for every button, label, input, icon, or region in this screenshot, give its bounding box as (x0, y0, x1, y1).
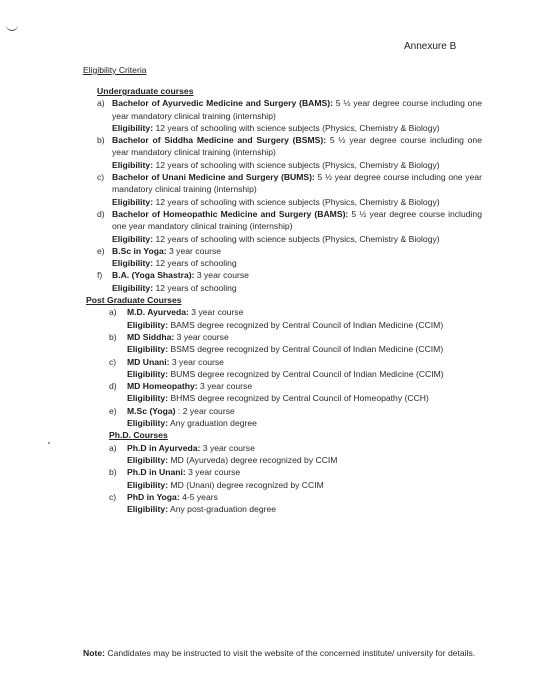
item-label: e) (97, 245, 112, 270)
item-label: a) (109, 306, 127, 331)
course-name: B.A. (Yoga Shastra): (112, 270, 194, 280)
course-item: e)B.Sc in Yoga: 3 year courseEligibility… (97, 245, 482, 270)
eligibility-text: BUMS degree recognized by Central Counci… (168, 369, 444, 379)
course-name: MD Homeopathy: (127, 381, 198, 391)
course-line: Ph.D in Unani: 3 year course (127, 466, 482, 478)
course-line: Bachelor of Siddha Medicine and Surgery … (112, 134, 482, 159)
eligibility-label: Eligibility: (127, 393, 168, 403)
course-line: M.Sc (Yoga) : 2 year course (127, 405, 482, 417)
course-line: Bachelor of Ayurvedic Medicine and Surge… (112, 97, 482, 122)
course-line: B.A. (Yoga Shastra): 3 year course (112, 269, 482, 281)
course-item: e)M.Sc (Yoga) : 2 year courseEligibility… (109, 405, 482, 430)
course-line: Bachelor of Unani Medicine and Surgery (… (112, 171, 482, 196)
eligibility-label: Eligibility: (112, 197, 153, 207)
course-item: a)Bachelor of Ayurvedic Medicine and Sur… (97, 97, 482, 134)
note: Note: Candidates may be instructed to vi… (83, 647, 483, 659)
eligibility-text: 12 years of schooling with science subje… (153, 197, 440, 207)
course-name: Bachelor of Homeopathic Medicine and Sur… (112, 209, 348, 219)
course-body: B.Sc in Yoga: 3 year courseEligibility: … (112, 245, 482, 270)
course-duration: 3 year course (167, 246, 221, 256)
course-line: PhD in Yoga: 4-5 years (127, 491, 482, 503)
course-item: a)M.D. Ayurveda: 3 year courseEligibilit… (109, 306, 482, 331)
eligibility-text: BAMS degree recognized by Central Counci… (168, 320, 443, 330)
item-label: e) (109, 405, 127, 430)
eligibility-line: Eligibility: Any post-graduation degree (127, 503, 482, 515)
course-item: c)MD Unani: 3 year courseEligibility: BU… (109, 356, 482, 381)
course-line: MD Unani: 3 year course (127, 356, 482, 368)
course-body: Bachelor of Unani Medicine and Surgery (… (112, 171, 482, 208)
course-body: Bachelor of Siddha Medicine and Surgery … (112, 134, 482, 171)
eligibility-label: Eligibility: (112, 160, 153, 170)
course-body: MD Homeopathy: 3 year courseEligibility:… (127, 380, 482, 405)
course-body: M.Sc (Yoga) : 2 year courseEligibility: … (127, 405, 482, 430)
item-label: b) (109, 331, 127, 356)
course-body: MD Siddha: 3 year courseEligibility: BSM… (127, 331, 482, 356)
eligibility-line: Eligibility: 12 years of schooling with … (112, 159, 482, 171)
item-label: f) (97, 269, 112, 294)
course-duration: 3 year course (170, 357, 224, 367)
postgraduate-title: Post Graduate Courses (86, 294, 482, 306)
eligibility-text: MD (Ayurveda) degree recognized by CCIM (168, 455, 337, 465)
postgraduate-list: a)M.D. Ayurveda: 3 year courseEligibilit… (109, 306, 482, 429)
course-duration: 3 year course (194, 270, 248, 280)
eligibility-line: Eligibility: MD (Ayurveda) degree recogn… (127, 454, 482, 466)
course-line: B.Sc in Yoga: 3 year course (112, 245, 482, 257)
eligibility-line: Eligibility: BUMS degree recognized by C… (127, 368, 482, 380)
item-label: c) (97, 171, 112, 208)
page-heading: Eligibility Criteria (83, 64, 147, 76)
undergraduate-list: a)Bachelor of Ayurvedic Medicine and Sur… (97, 97, 482, 294)
course-name: Bachelor of Ayurvedic Medicine and Surge… (112, 98, 333, 108)
course-line: M.D. Ayurveda: 3 year course (127, 306, 482, 318)
course-body: Bachelor of Ayurvedic Medicine and Surge… (112, 97, 482, 134)
course-body: Ph.D in Unani: 3 year courseEligibility:… (127, 466, 482, 491)
course-name: Bachelor of Unani Medicine and Surgery (… (112, 172, 315, 182)
course-body: Bachelor of Homeopathic Medicine and Sur… (112, 208, 482, 245)
eligibility-label: Eligibility: (127, 418, 168, 428)
course-name: Ph.D in Ayurveda: (127, 443, 200, 453)
course-sections: Undergraduate courses a)Bachelor of Ayur… (97, 85, 482, 515)
course-duration: 3 year course (200, 443, 254, 453)
course-body: M.D. Ayurveda: 3 year courseEligibility:… (127, 306, 482, 331)
eligibility-label: Eligibility: (112, 283, 153, 293)
course-body: B.A. (Yoga Shastra): 3 year courseEligib… (112, 269, 482, 294)
course-duration: 3 year course (189, 307, 243, 317)
eligibility-text: 12 years of schooling (153, 258, 237, 268)
eligibility-line: Eligibility: 12 years of schooling (112, 257, 482, 269)
course-name: PhD in Yoga: (127, 492, 180, 502)
course-item: d)Bachelor of Homeopathic Medicine and S… (97, 208, 482, 245)
annexure-label: Annexure B (404, 41, 456, 53)
eligibility-text: MD (Unani) degree recognized by CCIM (168, 480, 324, 490)
course-item: d)MD Homeopathy: 3 year courseEligibilit… (109, 380, 482, 405)
course-item: c)Bachelor of Unani Medicine and Surgery… (97, 171, 482, 208)
course-line: Ph.D in Ayurveda: 3 year course (127, 442, 482, 454)
course-item: b)MD Siddha: 3 year courseEligibility: B… (109, 331, 482, 356)
item-label: a) (97, 97, 112, 134)
eligibility-label: Eligibility: (127, 369, 168, 379)
eligibility-line: Eligibility: MD (Unani) degree recognize… (127, 479, 482, 491)
undergraduate-title: Undergraduate courses (97, 85, 482, 97)
eligibility-line: Eligibility: 12 years of schooling with … (112, 233, 482, 245)
course-body: PhD in Yoga: 4-5 yearsEligibility: Any p… (127, 491, 482, 516)
eligibility-text: 12 years of schooling with science subje… (153, 160, 440, 170)
eligibility-text: Any graduation degree (168, 418, 257, 428)
eligibility-text: Any post-graduation degree (168, 504, 276, 514)
course-item: b)Ph.D in Unani: 3 year courseEligibilit… (109, 466, 482, 491)
course-duration: 4-5 years (180, 492, 218, 502)
eligibility-line: Eligibility: BAMS degree recognized by C… (127, 319, 482, 331)
course-duration: 3 year course (198, 381, 252, 391)
course-name: Ph.D in Unani: (127, 467, 186, 477)
eligibility-label: Eligibility: (127, 344, 168, 354)
eligibility-line: Eligibility: BHMS degree recognized by C… (127, 392, 482, 404)
eligibility-text: 12 years of schooling with science subje… (153, 123, 440, 133)
course-line: Bachelor of Homeopathic Medicine and Sur… (112, 208, 482, 233)
course-duration: 3 year course (174, 332, 228, 342)
eligibility-label: Eligibility: (127, 320, 168, 330)
item-label: d) (97, 208, 112, 245)
eligibility-line: Eligibility: Any graduation degree (127, 417, 482, 429)
course-line: MD Siddha: 3 year course (127, 331, 482, 343)
scan-speck (48, 442, 50, 444)
eligibility-text: 12 years of schooling (153, 283, 237, 293)
course-duration: 3 year course (186, 467, 240, 477)
course-body: MD Unani: 3 year courseEligibility: BUMS… (127, 356, 482, 381)
item-label: c) (109, 356, 127, 381)
course-item: c)PhD in Yoga: 4-5 yearsEligibility: Any… (109, 491, 482, 516)
eligibility-label: Eligibility: (112, 234, 153, 244)
eligibility-text: BSMS degree recognized by Central Counci… (168, 344, 443, 354)
eligibility-line: Eligibility: 12 years of schooling with … (112, 196, 482, 208)
course-duration: : 2 year course (176, 406, 235, 416)
course-name: MD Unani: (127, 357, 170, 367)
course-name: B.Sc in Yoga: (112, 246, 167, 256)
item-label: a) (109, 442, 127, 467)
phd-title: Ph.D. Courses (109, 429, 482, 441)
eligibility-text: BHMS degree recognized by Central Counci… (168, 393, 429, 403)
item-label: b) (97, 134, 112, 171)
course-item: f)B.A. (Yoga Shastra): 3 year courseElig… (97, 269, 482, 294)
scan-artifact (6, 22, 18, 31)
eligibility-label: Eligibility: (112, 123, 153, 133)
eligibility-label: Eligibility: (112, 258, 153, 268)
course-name: M.Sc (Yoga) (127, 406, 176, 416)
eligibility-label: Eligibility: (127, 480, 168, 490)
eligibility-line: Eligibility: 12 years of schooling (112, 282, 482, 294)
note-label: Note: (83, 648, 105, 658)
item-label: b) (109, 466, 127, 491)
course-body: Ph.D in Ayurveda: 3 year courseEligibili… (127, 442, 482, 467)
course-name: MD Siddha: (127, 332, 174, 342)
eligibility-label: Eligibility: (127, 504, 168, 514)
course-name: M.D. Ayurveda: (127, 307, 189, 317)
item-label: d) (109, 380, 127, 405)
course-line: MD Homeopathy: 3 year course (127, 380, 482, 392)
eligibility-line: Eligibility: 12 years of schooling with … (112, 122, 482, 134)
eligibility-line: Eligibility: BSMS degree recognized by C… (127, 343, 482, 355)
phd-list: a)Ph.D in Ayurveda: 3 year courseEligibi… (109, 442, 482, 516)
course-name: Bachelor of Siddha Medicine and Surgery … (112, 135, 326, 145)
note-text: Candidates may be instructed to visit th… (105, 648, 475, 658)
course-item: b)Bachelor of Siddha Medicine and Surger… (97, 134, 482, 171)
course-item: a)Ph.D in Ayurveda: 3 year courseEligibi… (109, 442, 482, 467)
eligibility-label: Eligibility: (127, 455, 168, 465)
item-label: c) (109, 491, 127, 516)
eligibility-text: 12 years of schooling with science subje… (153, 234, 440, 244)
